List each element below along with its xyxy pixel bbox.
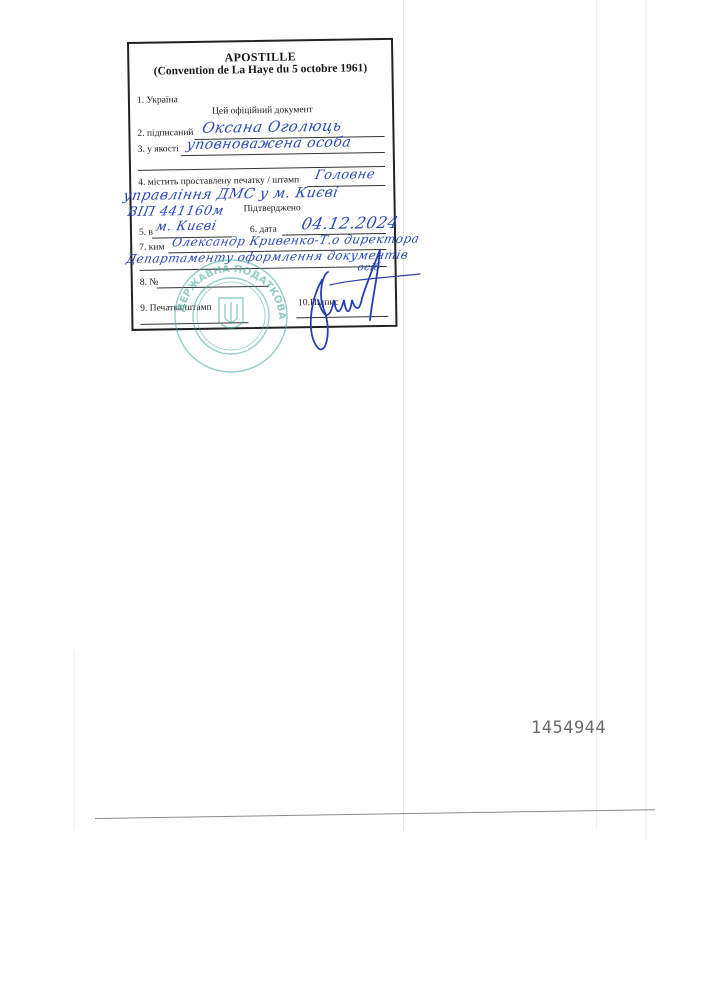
- page-edge-line: [95, 809, 655, 819]
- field-1-country: 1. Україна: [137, 95, 178, 106]
- field-4-stamp-value-1: Головне: [314, 167, 377, 183]
- scan-artifact-line: [74, 650, 75, 830]
- field-5-label: 5. в: [139, 228, 153, 238]
- signature: [300, 240, 430, 360]
- field-2-signed-by: Оксана Оголюць: [201, 117, 344, 137]
- field-6-date: 04.12.2024: [300, 213, 400, 234]
- intro-text: Цей офіційний документ: [212, 105, 313, 117]
- scan-artifact-line: [403, 0, 404, 830]
- confirmed-label: Підтверджено: [244, 203, 301, 214]
- scan-artifact-line: [645, 0, 647, 840]
- serial-number: 1454944: [531, 718, 606, 738]
- official-seal-stamp: ДЕРЖАВНА ПОДАТКОВА СЛУЖБА УКРАЇНИ: [163, 258, 299, 378]
- field-5-place: м. Києві: [154, 219, 217, 235]
- field-2-label: 2. підписаний: [137, 128, 193, 139]
- field-3-label: 3. у якості: [138, 144, 179, 155]
- field-3-capacity: уповноважена особа: [185, 134, 353, 153]
- field-8-label: 8. №: [140, 278, 159, 288]
- field-4-stamp-value-2: управління ДМС у м. Києві: [122, 185, 340, 204]
- scan-artifact-line: [596, 0, 597, 830]
- field-4-stamp-value-3: ВІП 441160м: [126, 203, 225, 220]
